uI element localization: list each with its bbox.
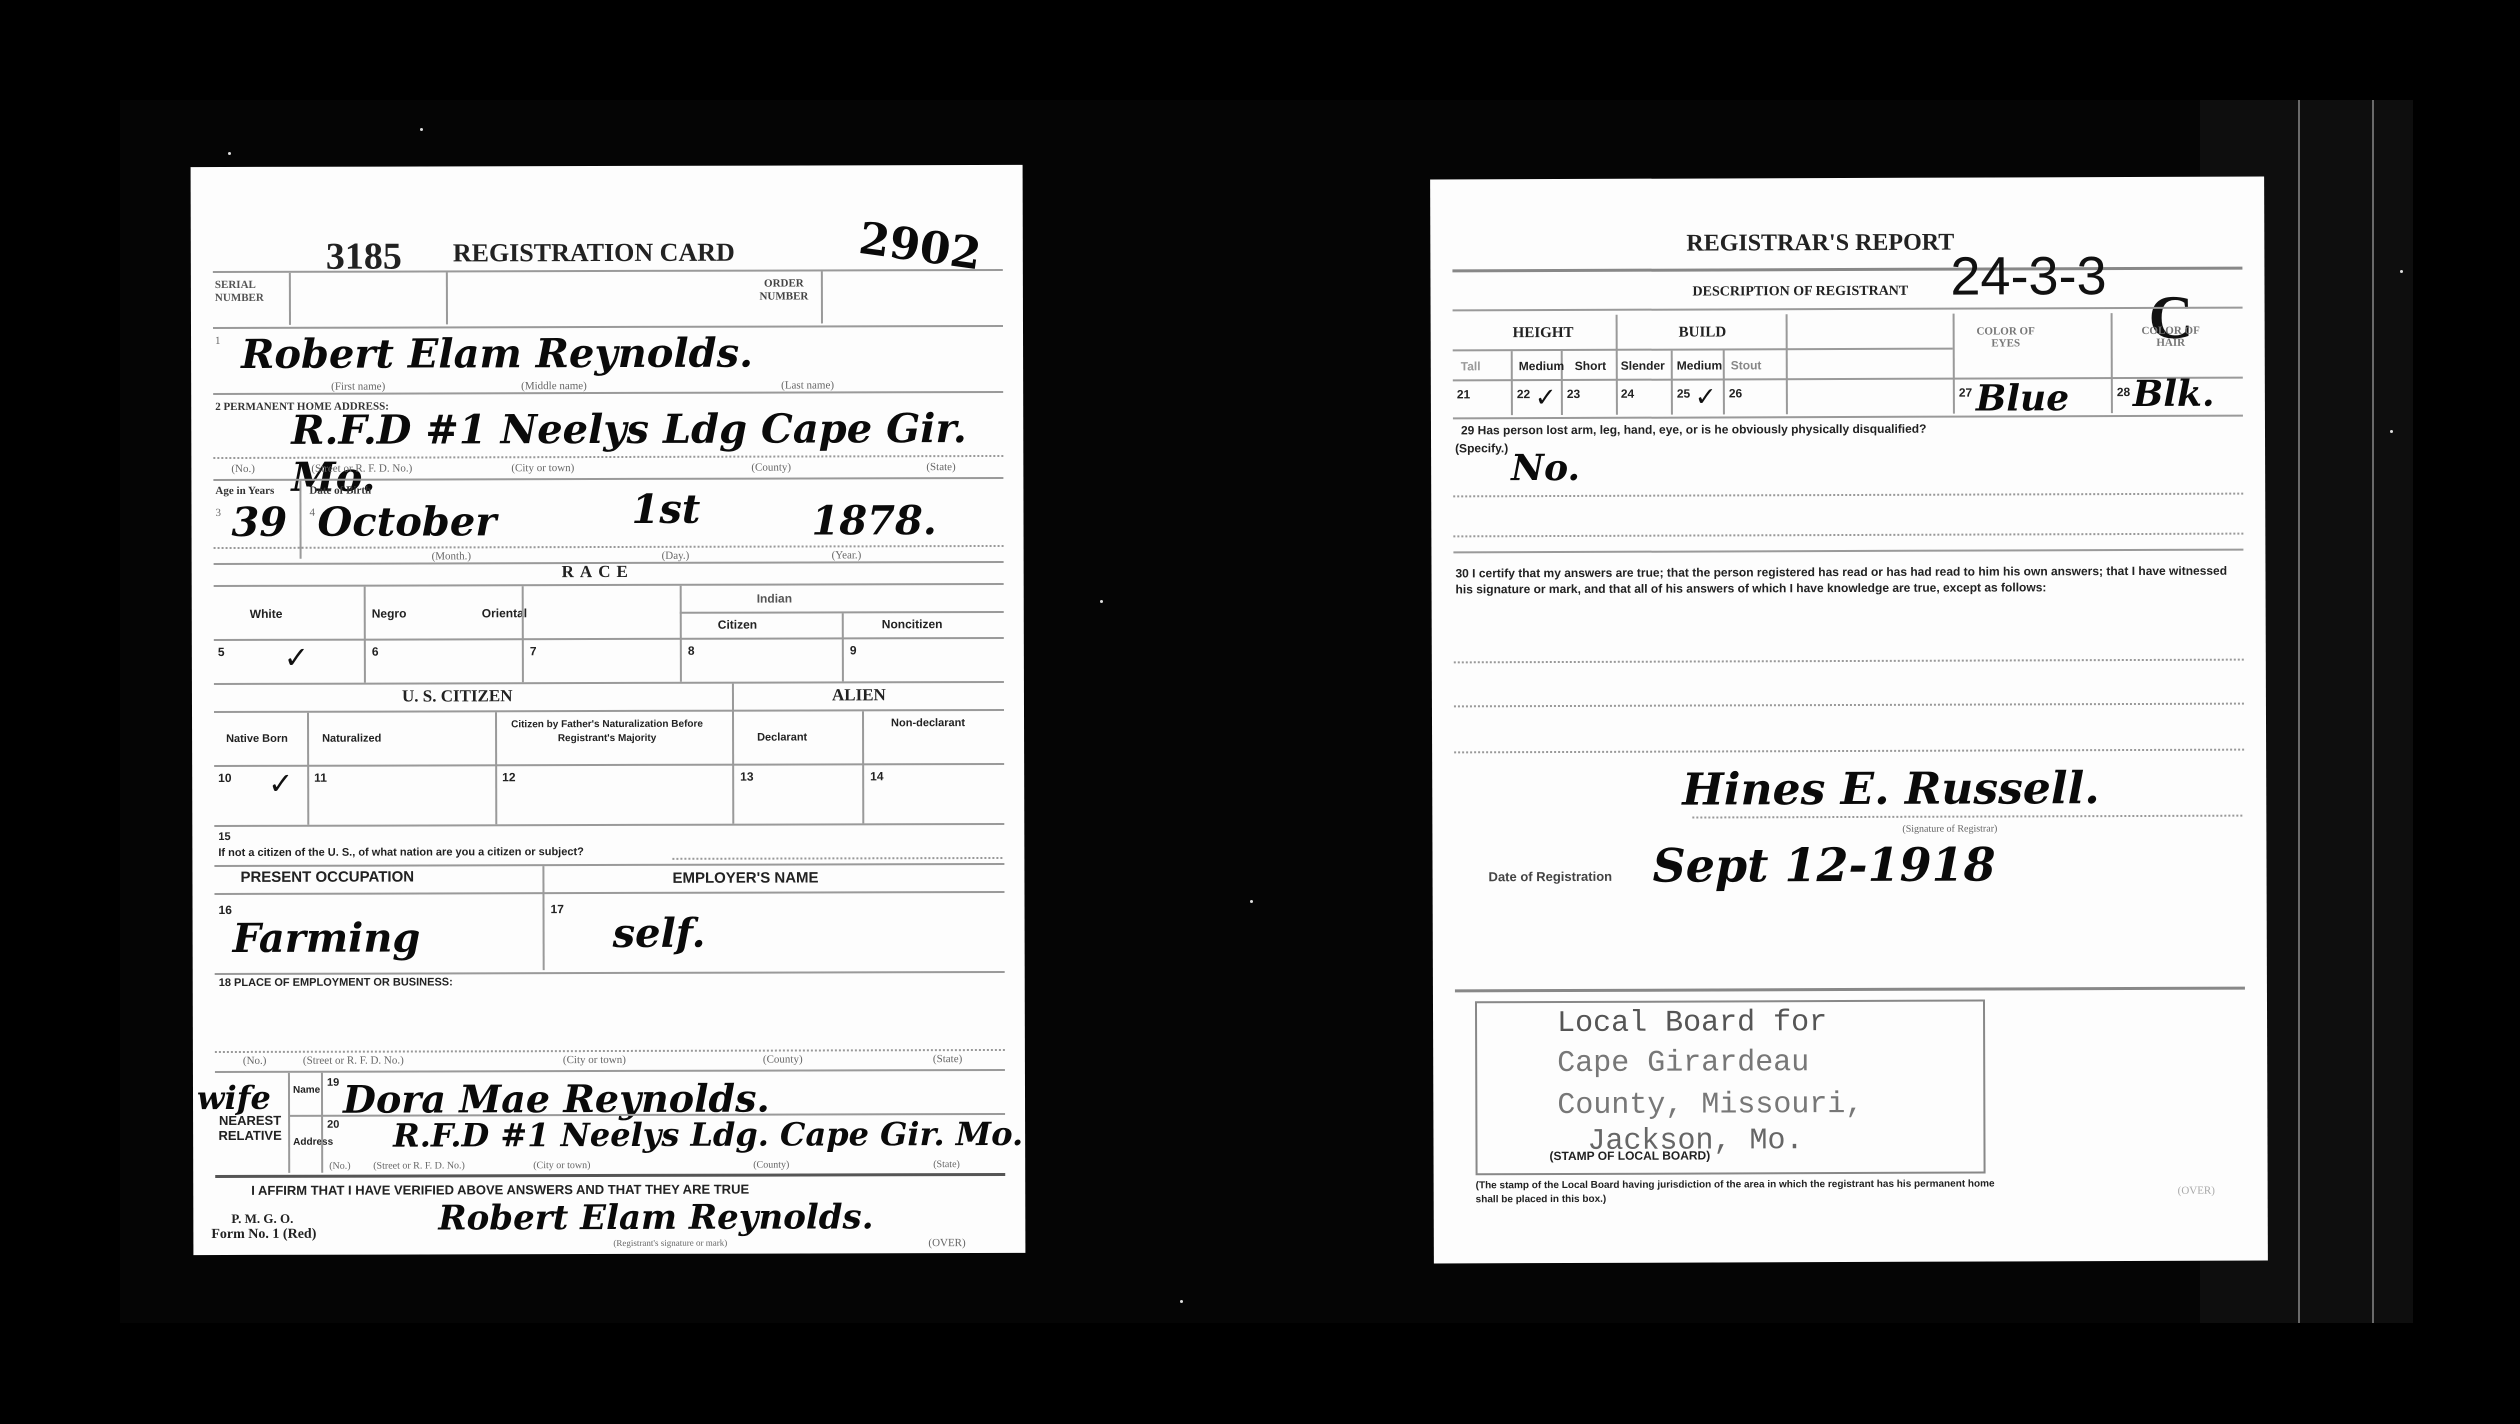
- field-19-number: 19: [327, 1077, 339, 1089]
- form-number: Form No. 1 (Red): [211, 1227, 316, 1243]
- question-29-answer: No.: [1511, 447, 1580, 489]
- card-title: REGISTRATION CARD: [453, 238, 735, 269]
- dob-year-value: 1878.: [811, 497, 936, 544]
- stout-label: Stout: [1731, 358, 1762, 372]
- race-indian-label: Indian: [757, 592, 792, 606]
- month-label: (Month.): [432, 550, 471, 562]
- tall-label: Tall: [1461, 359, 1481, 373]
- relative-address-state-label: (State): [933, 1159, 960, 1170]
- build-medium-checkmark: ✓: [1695, 382, 1717, 412]
- stamp-line-3: County, Missouri,: [1557, 1088, 1863, 1123]
- field-13-number: 13: [740, 770, 753, 784]
- field-27-number: 27: [1959, 386, 1972, 400]
- employment-county-label: (County): [763, 1053, 803, 1065]
- middle-name-label: (Middle name): [521, 380, 587, 392]
- race-negro-label: Negro: [372, 607, 407, 621]
- date-of-registration-value: Sept 12-1918: [1652, 837, 1995, 892]
- description-title: DESCRIPTION OF REGISTRANT: [1692, 284, 1908, 301]
- field-10-number: 10: [218, 771, 231, 785]
- relative-address-value: R.F.D #1 Neelys Ldg. Cape Gir. Mo.: [393, 1115, 1023, 1155]
- dob-day-value: 1st: [631, 486, 700, 533]
- field-1-number: 1: [215, 335, 221, 347]
- registrar-signature: Hines E. Russell.: [1682, 763, 2100, 815]
- registration-card: 3185 REGISTRATION CARD 2902 SERIAL NUMBE…: [191, 165, 1026, 1255]
- field-25-number: 25: [1677, 387, 1690, 401]
- film-scratch: [2372, 100, 2374, 1323]
- date-of-registration-label: Date of Registration: [1489, 869, 1613, 884]
- height-medium-label: Medium: [1519, 359, 1564, 373]
- relative-address-city-label: (City or town): [533, 1160, 590, 1171]
- dust-speck: [228, 152, 231, 155]
- field-14-number: 14: [870, 769, 883, 783]
- relative-relationship: wife: [197, 1079, 271, 1117]
- field-17-number: 17: [551, 902, 564, 916]
- indian-noncitizen-label: Noncitizen: [882, 617, 943, 631]
- native-born-label: Native Born: [226, 733, 288, 745]
- nearest-relative-label: NEAREST RELATIVE: [215, 1113, 285, 1143]
- over-label: (OVER): [928, 1237, 965, 1249]
- hair-color-header: COLOR OF HAIR: [2136, 325, 2206, 349]
- employment-city-label: (City or town): [563, 1054, 626, 1066]
- declarant-label: Declarant: [757, 731, 807, 743]
- native-born-checkmark: ✓: [268, 767, 293, 802]
- registrant-name: Robert Elam Reynolds.: [241, 330, 753, 378]
- employment-street-label: (Street or R. F. D. No.): [303, 1055, 404, 1067]
- occupation-value: Farming: [233, 914, 421, 961]
- us-citizen-title: U. S. CITIZEN: [402, 686, 513, 706]
- classification-code: 24-3-3: [1950, 245, 2106, 308]
- form-code-pmgo: P. M. G. O.: [231, 1211, 293, 1227]
- race-white-label: White: [250, 607, 283, 621]
- dust-speck: [1180, 1300, 1183, 1303]
- address-county-label: (County): [751, 462, 791, 474]
- order-label: ORDER NUMBER: [751, 277, 817, 303]
- field-15-question: If not a citizen of the U. S., of what n…: [218, 846, 584, 859]
- dust-speck: [2400, 270, 2403, 273]
- registrant-signature: Robert Elam Reynolds.: [438, 1197, 873, 1238]
- race-oriental-label: Oriental: [482, 606, 527, 620]
- year-label: (Year.): [832, 549, 862, 561]
- relative-address-label: Address: [293, 1137, 333, 1148]
- eye-color-header: COLOR OF EYES: [1971, 325, 2041, 349]
- field-21-number: 21: [1457, 387, 1470, 401]
- occupation-header: PRESENT OCCUPATION: [240, 869, 414, 886]
- employment-state-label: (State): [933, 1053, 962, 1065]
- citizen-by-father-label: Citizen by Father's Naturalization Befor…: [497, 718, 717, 747]
- certification-statement: 30 I certify that my answers are true; t…: [1455, 563, 2245, 598]
- field-22-number: 22: [1517, 387, 1530, 401]
- signature-label: (Registrant's signature or mark): [613, 1238, 727, 1248]
- stamp-label: (STAMP OF LOCAL BOARD): [1549, 1148, 1710, 1163]
- dust-speck: [1100, 600, 1103, 603]
- build-header: BUILD: [1679, 324, 1727, 341]
- employment-no-label: (No.): [243, 1055, 267, 1067]
- height-medium-checkmark: ✓: [1535, 383, 1557, 413]
- registrars-report-card: REGISTRAR'S REPORT DESCRIPTION OF REGIST…: [1430, 177, 2268, 1264]
- last-name-label: (Last name): [781, 379, 834, 391]
- field-12-number: 12: [502, 770, 515, 784]
- relative-address-county-label: (County): [753, 1160, 789, 1171]
- local-board-stamp-box: Local Board for Cape Girardeau County, M…: [1475, 1000, 1986, 1176]
- relative-name-label: Name: [293, 1085, 320, 1096]
- relative-address-street-label: (Street or R. F. D. No.): [373, 1160, 465, 1171]
- field-11-number: 11: [314, 771, 327, 785]
- employer-header: EMPLOYER'S NAME: [672, 869, 818, 886]
- height-header: HEIGHT: [1513, 325, 1574, 342]
- build-medium-label: Medium: [1677, 358, 1722, 372]
- address-city-label: (City or town): [511, 462, 574, 474]
- non-declarant-label: Non-declarant: [890, 717, 966, 729]
- field-3-number: 3: [215, 507, 221, 519]
- race-white-checkmark: ✓: [284, 641, 309, 676]
- dust-speck: [1250, 900, 1253, 903]
- field-15-number: 15: [218, 831, 230, 843]
- over-label: (OVER): [2178, 1185, 2215, 1197]
- dob-month-value: October: [317, 498, 496, 545]
- dust-speck: [420, 128, 423, 131]
- address-street-label: (Street or R. F. D. No.): [311, 463, 412, 475]
- relative-address-no-label: (No.): [329, 1161, 350, 1172]
- field-20-number: 20: [327, 1119, 339, 1131]
- day-label: (Day.): [662, 550, 690, 562]
- question-29: 29 Has person lost arm, leg, hand, eye, …: [1461, 422, 1927, 438]
- age-label: Age in Years: [215, 485, 274, 497]
- hair-color-value: Blk.: [2133, 373, 2215, 415]
- field-23-number: 23: [1567, 387, 1580, 401]
- field-16-number: 16: [219, 903, 232, 917]
- slender-label: Slender: [1621, 359, 1665, 373]
- field-6-number: 6: [372, 645, 379, 659]
- naturalized-label: Naturalized: [322, 733, 381, 745]
- address-no-label: (No.): [231, 463, 255, 475]
- field-24-number: 24: [1621, 387, 1634, 401]
- field-8-number: 8: [688, 644, 695, 658]
- registrar-signature-label: (Signature of Registrar): [1902, 823, 1997, 834]
- specify-label: (Specify.): [1455, 441, 1508, 455]
- dob-label: Date of Birth: [309, 485, 371, 497]
- address-state-label: (State): [926, 461, 955, 473]
- eye-color-value: Blue: [1976, 377, 2069, 419]
- field-28-number: 28: [2117, 385, 2130, 399]
- field-7-number: 7: [530, 644, 537, 658]
- dust-speck: [2390, 430, 2393, 433]
- affirmation-statement: I AFFIRM THAT I HAVE VERIFIED ABOVE ANSW…: [251, 1182, 749, 1198]
- stamp-line-2: Cape Girardeau: [1557, 1046, 1809, 1081]
- field-9-number: 9: [850, 643, 857, 657]
- serial-label: SERIAL NUMBER: [215, 279, 285, 305]
- field-4-number: 4: [309, 507, 315, 519]
- employer-value: self.: [613, 910, 706, 957]
- stamp-line-1: Local Board for: [1557, 1006, 1827, 1041]
- film-scratch: [2298, 100, 2300, 1323]
- alien-title: ALIEN: [832, 685, 886, 705]
- stamp-note: (The stamp of the Local Board having jur…: [1476, 1177, 1996, 1207]
- report-title: REGISTRAR'S REPORT: [1686, 230, 1954, 258]
- first-name-label: (First name): [331, 381, 385, 393]
- place-of-employment-label: 18 PLACE OF EMPLOYMENT OR BUSINESS:: [219, 976, 453, 989]
- field-5-number: 5: [218, 645, 225, 659]
- race-title: RACE: [562, 562, 634, 582]
- indian-citizen-label: Citizen: [718, 618, 757, 632]
- short-label: Short: [1575, 359, 1606, 373]
- field-26-number: 26: [1729, 386, 1742, 400]
- age-value: 39: [231, 499, 287, 546]
